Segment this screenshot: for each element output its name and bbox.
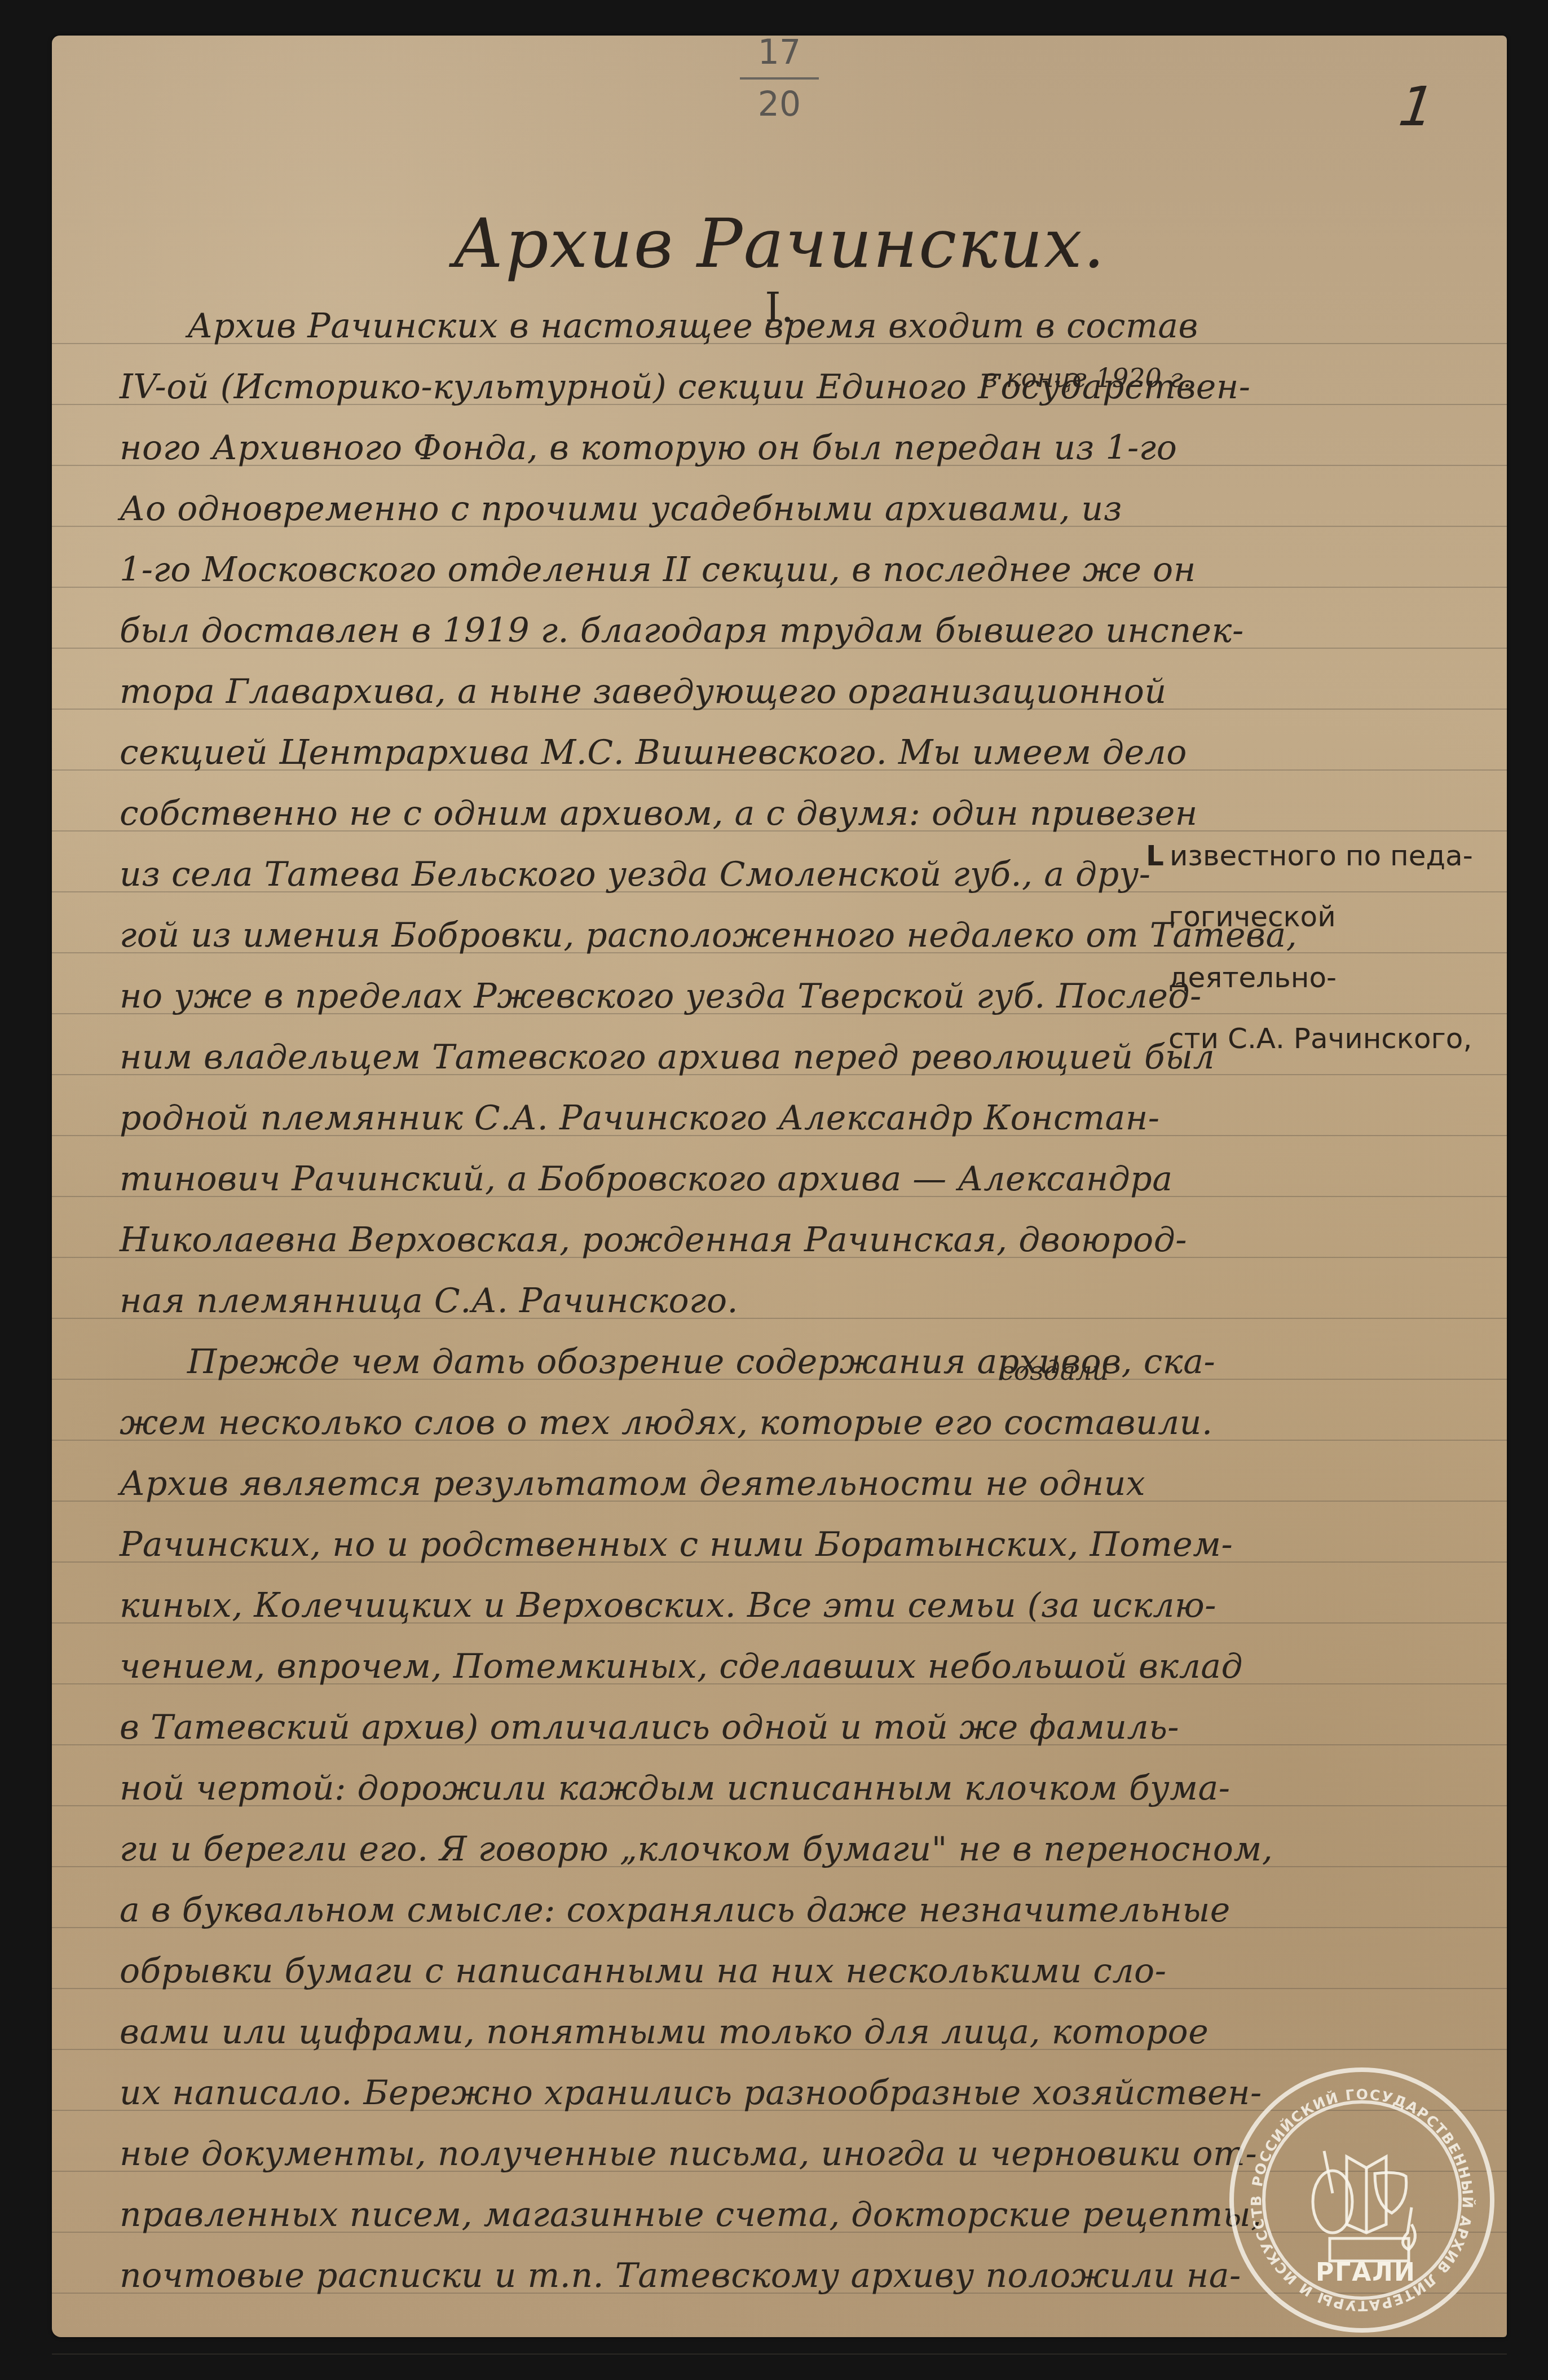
text-line: ная племянница С.А. Рачинского. bbox=[120, 1281, 738, 1321]
theatre-mask-icon bbox=[1375, 2172, 1406, 2213]
text-line: Архив Рачинских в настоящее время входит… bbox=[187, 306, 1198, 346]
text-line: родной племянник С.А. Рачинского Алексан… bbox=[120, 1098, 1160, 1138]
text-line: Рачинских, но и родственных с ними Борат… bbox=[120, 1525, 1233, 1564]
pencil-fraction-mark: 17 20 bbox=[52, 36, 1507, 121]
interlinear-insertion: создали bbox=[999, 1356, 1109, 1386]
fraction-bar bbox=[740, 77, 819, 80]
text-line: но уже в пределах Ржевского уезда Тверск… bbox=[120, 976, 1202, 1016]
margin-note: Lизвестного по педа- гогической деятельн… bbox=[1146, 825, 1484, 1069]
text-line: из села Татева Бельского уезда Смоленско… bbox=[120, 855, 1151, 894]
text-line: жем несколько слов о тех людях, которые … bbox=[120, 1403, 1213, 1442]
text-line: ной чертой: дорожили каждым исписанным к… bbox=[120, 1768, 1231, 1808]
text-line: ные документы, полученные письма, иногда… bbox=[120, 2134, 1257, 2174]
archive-stamp: РОССИЙСКИЙ ГОСУДАРСТВЕННЫЙ АРХИВ ЛИТЕРАТ… bbox=[1229, 2067, 1494, 2333]
margin-note-line: сти С.А. Рачинского, bbox=[1146, 1008, 1484, 1069]
text-line: Архив является результатом деятельности … bbox=[120, 1464, 1145, 1503]
text-line: тора Главархива, а ныне заведующего орга… bbox=[120, 672, 1167, 711]
text-line: Ао одновременно с прочими усадебными арх… bbox=[120, 489, 1122, 529]
text-line: а в буквальном смысле: сохранялись даже … bbox=[120, 1890, 1231, 1930]
text-line: тинович Рачинский, а Бобровского архива … bbox=[120, 1159, 1172, 1199]
text-line: гой из имения Бобровки, расположенного н… bbox=[120, 916, 1297, 955]
text-line: собственно не с одним архивом, а с двумя… bbox=[120, 794, 1198, 833]
text-line: чением, впрочем, Потемкиных, сделавших н… bbox=[120, 1647, 1243, 1686]
text-line: в Татевский архив) отличались одной и то… bbox=[120, 1708, 1179, 1747]
fraction-numerator: 17 bbox=[52, 36, 1507, 69]
stamp-abbreviation: РГАЛИ bbox=[1316, 2258, 1416, 2287]
text-line: ги и берегли его. Я говорю „клочком бума… bbox=[120, 1829, 1273, 1869]
book-stack-icon bbox=[1330, 2238, 1409, 2261]
manuscript-page: 1 17 20 Архив Рачинских. I. Архив Рачинс… bbox=[52, 36, 1507, 2337]
interlinear-insertion: в конце 1920 г. bbox=[982, 363, 1191, 393]
text-line: секцией Центрархива М.С. Вишневского. Мы… bbox=[120, 733, 1187, 772]
fraction-denominator: 20 bbox=[52, 87, 1507, 121]
text-line: Николаевна Верховская, рожденная Рачинск… bbox=[120, 1220, 1187, 1260]
insertion-marker: L bbox=[1146, 839, 1164, 872]
margin-note-line: известного по педа- bbox=[1170, 839, 1473, 872]
text-line: вами или цифрами, понятными только для л… bbox=[120, 2012, 1209, 2052]
page-title: Архив Рачинских. bbox=[52, 205, 1507, 283]
text-line: был доставлен в 1919 г. благодаря трудам… bbox=[120, 611, 1244, 650]
stamp-emblem bbox=[1307, 2140, 1426, 2269]
text-line: почтовые расписки и т.п. Татевскому архи… bbox=[120, 2256, 1241, 2295]
text-line: ного Архивного Фонда, в которую он был п… bbox=[120, 428, 1177, 468]
text-line: обрывки бумаги с написанными на них неск… bbox=[120, 1951, 1167, 1991]
text-line: киных, Колечицких и Верховских. Все эти … bbox=[120, 1586, 1216, 1625]
margin-note-line: гогической деятельно- bbox=[1146, 886, 1484, 1008]
text-line: ним владельцем Татевского архива перед р… bbox=[120, 1037, 1215, 1077]
ruled-line bbox=[52, 2353, 1507, 2355]
text-line: правленных писем, магазинные счета, докт… bbox=[120, 2195, 1262, 2234]
text-line: их написало. Бережно хранились разнообра… bbox=[120, 2073, 1262, 2113]
text-line: 1-го Московского отделения II секции, в … bbox=[120, 550, 1196, 589]
